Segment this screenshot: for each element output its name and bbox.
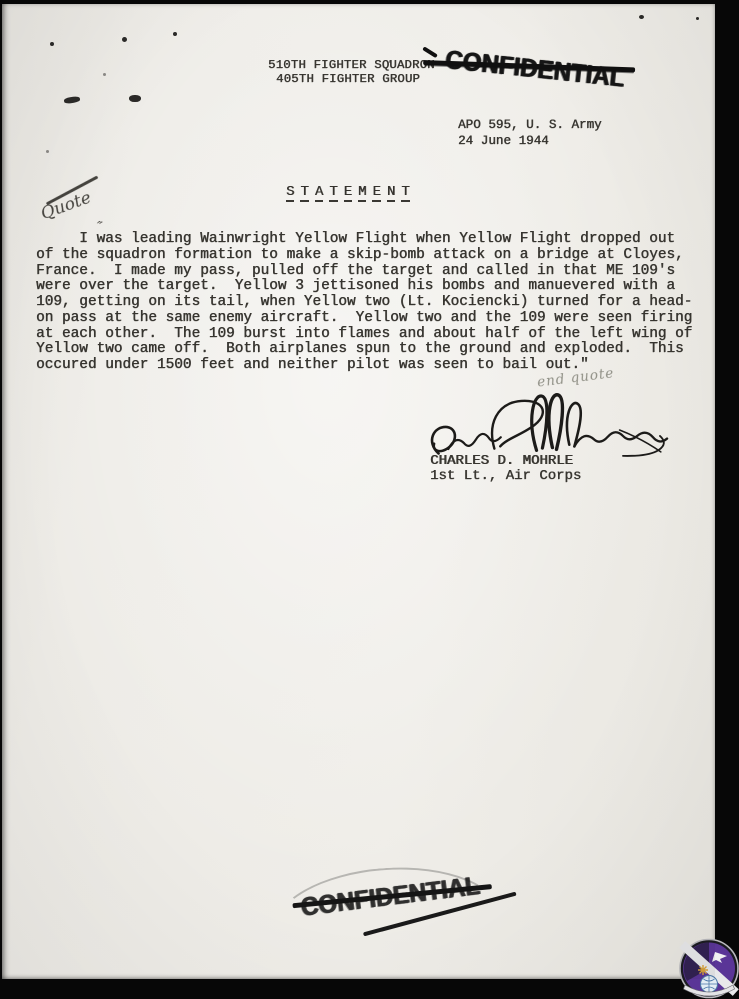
squadron-line: 510TH FIGHTER SQUADRON (268, 58, 435, 73)
signer-name: CHARLES D. MOHRLE (430, 453, 573, 469)
ink-speck (173, 32, 177, 36)
ink-speck (122, 37, 127, 42)
group-line: 405TH FIGHTER GROUP (276, 72, 420, 87)
apo-line: APO 595, U. S. Army (458, 118, 602, 134)
ink-speck (46, 150, 49, 153)
title-letter: E (372, 185, 380, 202)
emblem-gold-burst (698, 965, 708, 975)
body-line: at each other. The 109 burst into flames… (36, 327, 692, 343)
body-line: 109, getting on its tail, when Yellow tw… (36, 295, 692, 311)
body-line: I was leading Wainwright Yellow Flight w… (36, 232, 692, 248)
squadron-emblem (679, 938, 739, 999)
ink-smudge (129, 95, 141, 102)
paper-sheet (2, 4, 715, 979)
body-line: Yellow two came off. Both airplanes spun… (36, 342, 692, 358)
signer-rank: 1st Lt., Air Corps (430, 468, 581, 484)
title-letter: S (286, 185, 294, 202)
ink-speck (639, 15, 644, 19)
title-letter: E (344, 185, 352, 202)
title-letter: T (300, 185, 308, 202)
body-line: of the squadron formation to make a skip… (36, 248, 692, 264)
ink-speck (696, 17, 699, 20)
body-line: France. I made my pass, pulled off the t… (36, 264, 692, 280)
title-letter: N (387, 185, 395, 202)
scanned-document-page: 510TH FIGHTER SQUADRON 405TH FIGHTER GRO… (0, 0, 739, 999)
ink-speck (103, 73, 106, 76)
title-letter: T (401, 185, 409, 202)
statement-body: I was leading Wainwright Yellow Flight w… (36, 232, 692, 374)
title-letter: A (315, 185, 323, 202)
title-letter: M (358, 185, 366, 202)
ink-speck (50, 42, 54, 46)
title-letter: T (329, 185, 337, 202)
date-line: 24 June 1944 (458, 134, 549, 150)
statement-title: STATEMENT (286, 184, 416, 202)
body-line: were over the target. Yellow 3 jettisone… (36, 279, 692, 295)
body-line: on pass at the same enemy aircraft. Yell… (36, 311, 692, 327)
